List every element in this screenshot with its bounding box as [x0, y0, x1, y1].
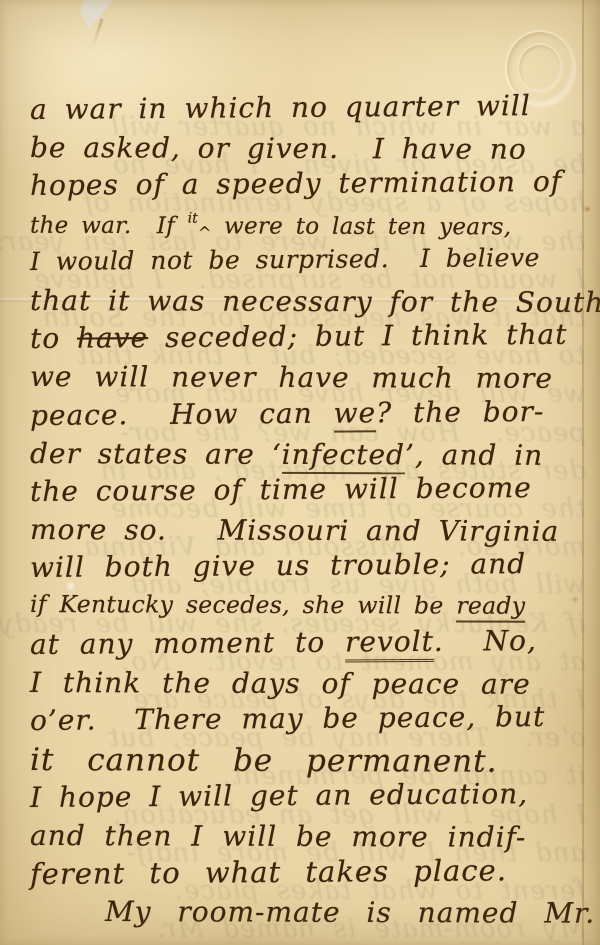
text-segment: o’er. There may be peace, but — [30, 700, 546, 737]
text-segment: peace. How can — [30, 396, 334, 431]
handwritten-line: will both give us trouble; and — [30, 550, 526, 582]
inserted-word: it — [188, 210, 198, 226]
handwritten-line: I hope I will get an education, — [30, 780, 528, 812]
text-segment: ferent to what takes place. — [30, 853, 507, 891]
text-segment: will both give us trouble; and — [30, 547, 526, 584]
handwritten-line: hopes of a speedy termination of — [30, 168, 562, 200]
handwritten-line: My room-mate is named Mr. — [105, 898, 595, 928]
text-segment: ’, and in — [405, 438, 543, 471]
text-segment: a war in which no quarter will — [30, 89, 531, 126]
underlined-word: we — [333, 396, 376, 432]
text-segment: I would not be surprised. I believe — [30, 243, 540, 276]
handwritten-line: if Kentucky secedes, she will be ready — [30, 593, 525, 618]
text-segment: be asked, or given. I have no — [30, 131, 527, 166]
handwritten-line: I think the days of peace are — [30, 669, 531, 699]
handwriting-layer: a war in which no quarter willbe asked, … — [0, 0, 600, 945]
text-segment: at any moment to — [30, 625, 345, 660]
text-segment: more so. Missouri and Virginia — [30, 513, 559, 548]
handwritten-line: it cannot be permanent. — [30, 745, 498, 778]
text-segment: ? the bor- — [376, 395, 545, 429]
handwritten-line: o’er. There may be peace, but — [30, 703, 545, 735]
struck-word: have — [77, 321, 148, 355]
text-segment: it cannot be permanent. — [30, 742, 498, 780]
handwritten-line: the course of time will become — [30, 474, 532, 506]
text-segment: hopes of a speedy termination of — [30, 165, 562, 202]
text-segment: My room-mate is named Mr. — [105, 895, 595, 930]
text-segment: if Kentucky secedes, she will be — [30, 590, 456, 619]
underlined-word: infected — [282, 438, 405, 474]
text-segment: were to last ten years, — [211, 213, 511, 240]
text-segment: seceded; but I think that — [148, 318, 568, 354]
text-segment: the war. If — [30, 212, 188, 239]
handwritten-line: peace. How can we? the bor- — [30, 398, 545, 430]
handwritten-line: a war in which no quarter will — [30, 92, 531, 124]
text-segment: and then I will be more indif- — [30, 819, 527, 854]
handwritten-line: we will never have much more — [30, 363, 553, 393]
caret-mark: ^ — [198, 223, 212, 242]
handwritten-line: to have seceded; but I think that — [30, 321, 568, 353]
text-segment: that it was necessary for the South — [30, 284, 600, 319]
text-segment: der states are ‘ — [30, 437, 282, 471]
text-segment: I hope I will get an education, — [30, 777, 528, 814]
handwritten-line: the war. If it^ were to last ten years, — [30, 211, 511, 242]
underlined-word: revolt — [345, 625, 434, 663]
text-segment: . No, — [434, 624, 537, 658]
text-segment: to — [30, 322, 77, 355]
handwritten-line: more so. Missouri and Virginia — [30, 516, 559, 546]
handwritten-line: der states are ‘infected’, and in — [30, 440, 543, 470]
handwritten-line: and then I will be more indif- — [30, 822, 526, 852]
underlined-word: ready — [456, 591, 525, 622]
handwritten-line: at any moment to revolt. No, — [30, 627, 537, 659]
handwritten-line: I would not be surprised. I believe — [30, 245, 540, 274]
text-segment: the course of time will become — [30, 471, 532, 508]
letter-page-scan: a war in which no quarter willbe asked, … — [0, 0, 600, 945]
handwritten-line: ferent to what takes place. — [30, 856, 507, 889]
handwritten-line: that it was necessary for the South — [30, 287, 600, 317]
handwritten-line: be asked, or given. I have no — [30, 134, 527, 164]
text-segment: I think the days of peace are — [30, 666, 531, 701]
text-segment: we will never have much more — [30, 360, 553, 395]
